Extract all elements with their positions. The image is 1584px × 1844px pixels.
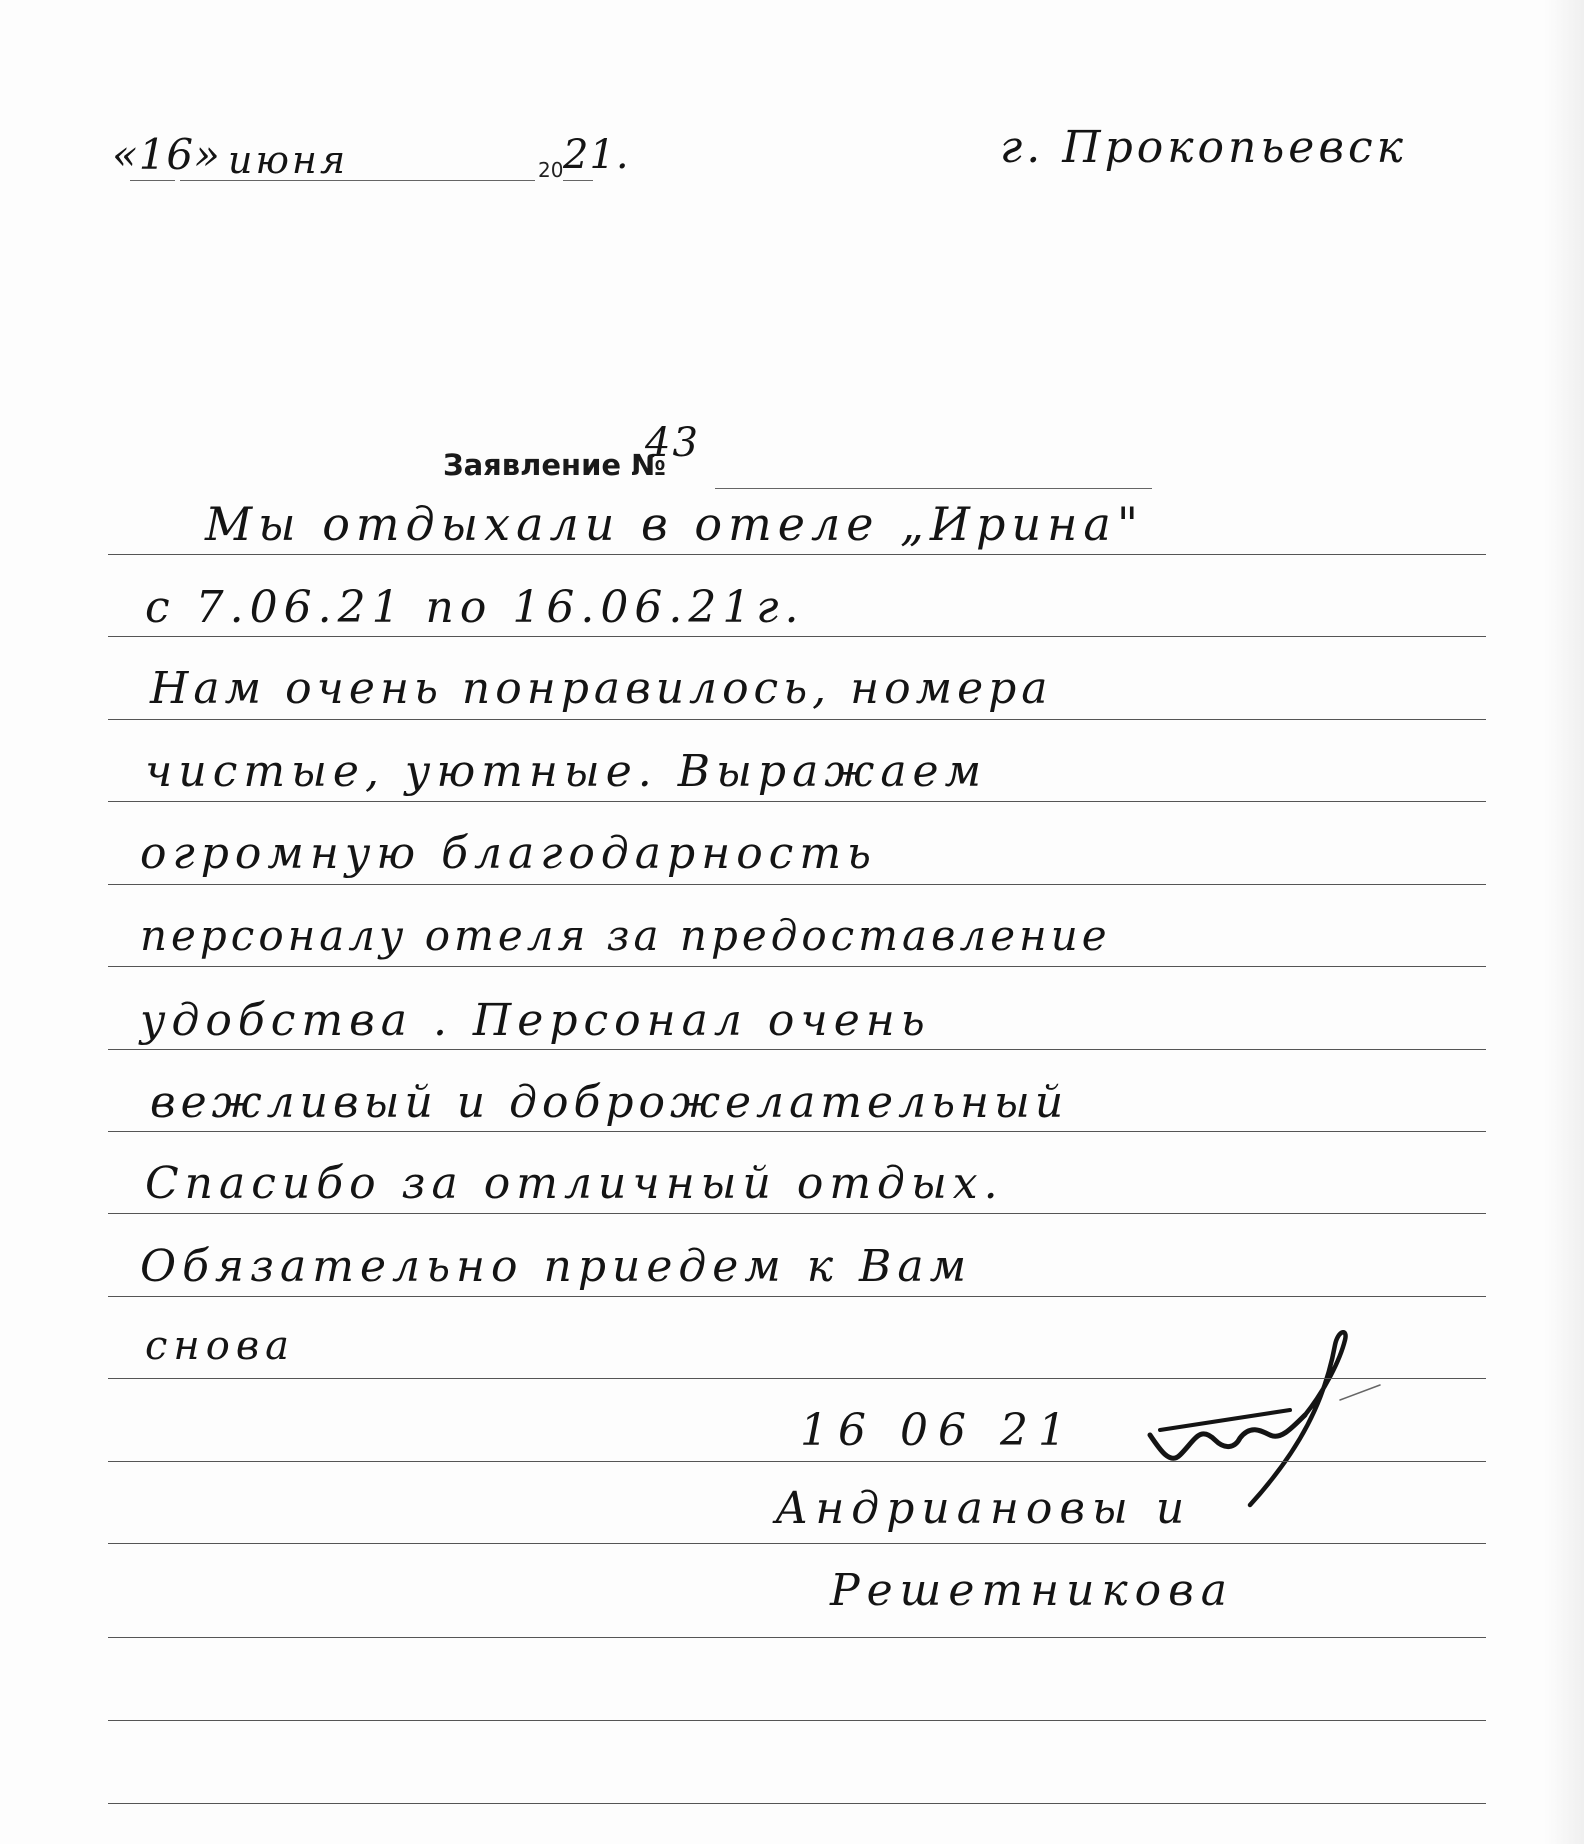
ruled-line	[108, 636, 1486, 637]
body-line-9: Спасибо за отличный отдых.	[145, 1158, 1004, 1209]
page-edge-shadow	[1544, 0, 1584, 1844]
header-year-prefix: 20	[538, 158, 563, 182]
body-line-10: Обязательно приедем к Вам	[140, 1241, 972, 1292]
body-line-2: с 7.06.21 по 16.06.21г.	[145, 582, 805, 633]
scanned-page: «16» июня 20 21. г. Прокопьевск Заявлени…	[0, 0, 1584, 1844]
document-number: 43	[645, 420, 700, 466]
ruled-line	[108, 1461, 1486, 1462]
year-underline	[563, 180, 593, 181]
ruled-line	[108, 1296, 1486, 1297]
signature-date: 16 06 21	[800, 1405, 1076, 1456]
body-line-1: Мы отдыхали в отеле „Ирина"	[205, 497, 1144, 551]
ruled-line	[108, 1803, 1486, 1804]
ruled-line	[108, 1637, 1486, 1638]
header-month: июня	[228, 138, 348, 182]
body-line-8: вежливый и доброжелательный	[150, 1077, 1068, 1128]
ruled-line	[108, 966, 1486, 967]
day-underline	[130, 180, 175, 181]
ruled-line	[108, 884, 1486, 885]
header-year-suffix: 21.	[563, 132, 630, 178]
ruled-line	[108, 1213, 1486, 1214]
body-line-6: персоналу отеля за предоставление	[140, 911, 1111, 960]
document-title: Заявление №	[443, 448, 666, 482]
body-line-3: Нам очень понравилось, номера	[150, 663, 1053, 714]
signatory-names-line-2: Решетникова	[830, 1565, 1234, 1616]
number-underline	[715, 488, 1152, 489]
ruled-line	[108, 1378, 1486, 1379]
ruled-line	[108, 1131, 1486, 1132]
body-line-7: удобства . Персонал очень	[140, 995, 931, 1046]
header-day: «16»	[112, 130, 221, 179]
ruled-line	[108, 719, 1486, 720]
ruled-line	[108, 801, 1486, 802]
ruled-line	[108, 1543, 1486, 1544]
signatory-names-line-1: Андриановы и	[775, 1483, 1191, 1534]
month-underline	[180, 180, 535, 181]
header-city: г. Прокопьевск	[1000, 122, 1407, 173]
body-line-4: чистые, уютные. Выражаем	[145, 746, 987, 797]
ruled-line	[108, 554, 1486, 555]
body-line-5: огромную благодарность	[140, 828, 877, 879]
ruled-line	[108, 1049, 1486, 1050]
ruled-line	[108, 1720, 1486, 1721]
body-line-11: снова	[145, 1323, 295, 1369]
